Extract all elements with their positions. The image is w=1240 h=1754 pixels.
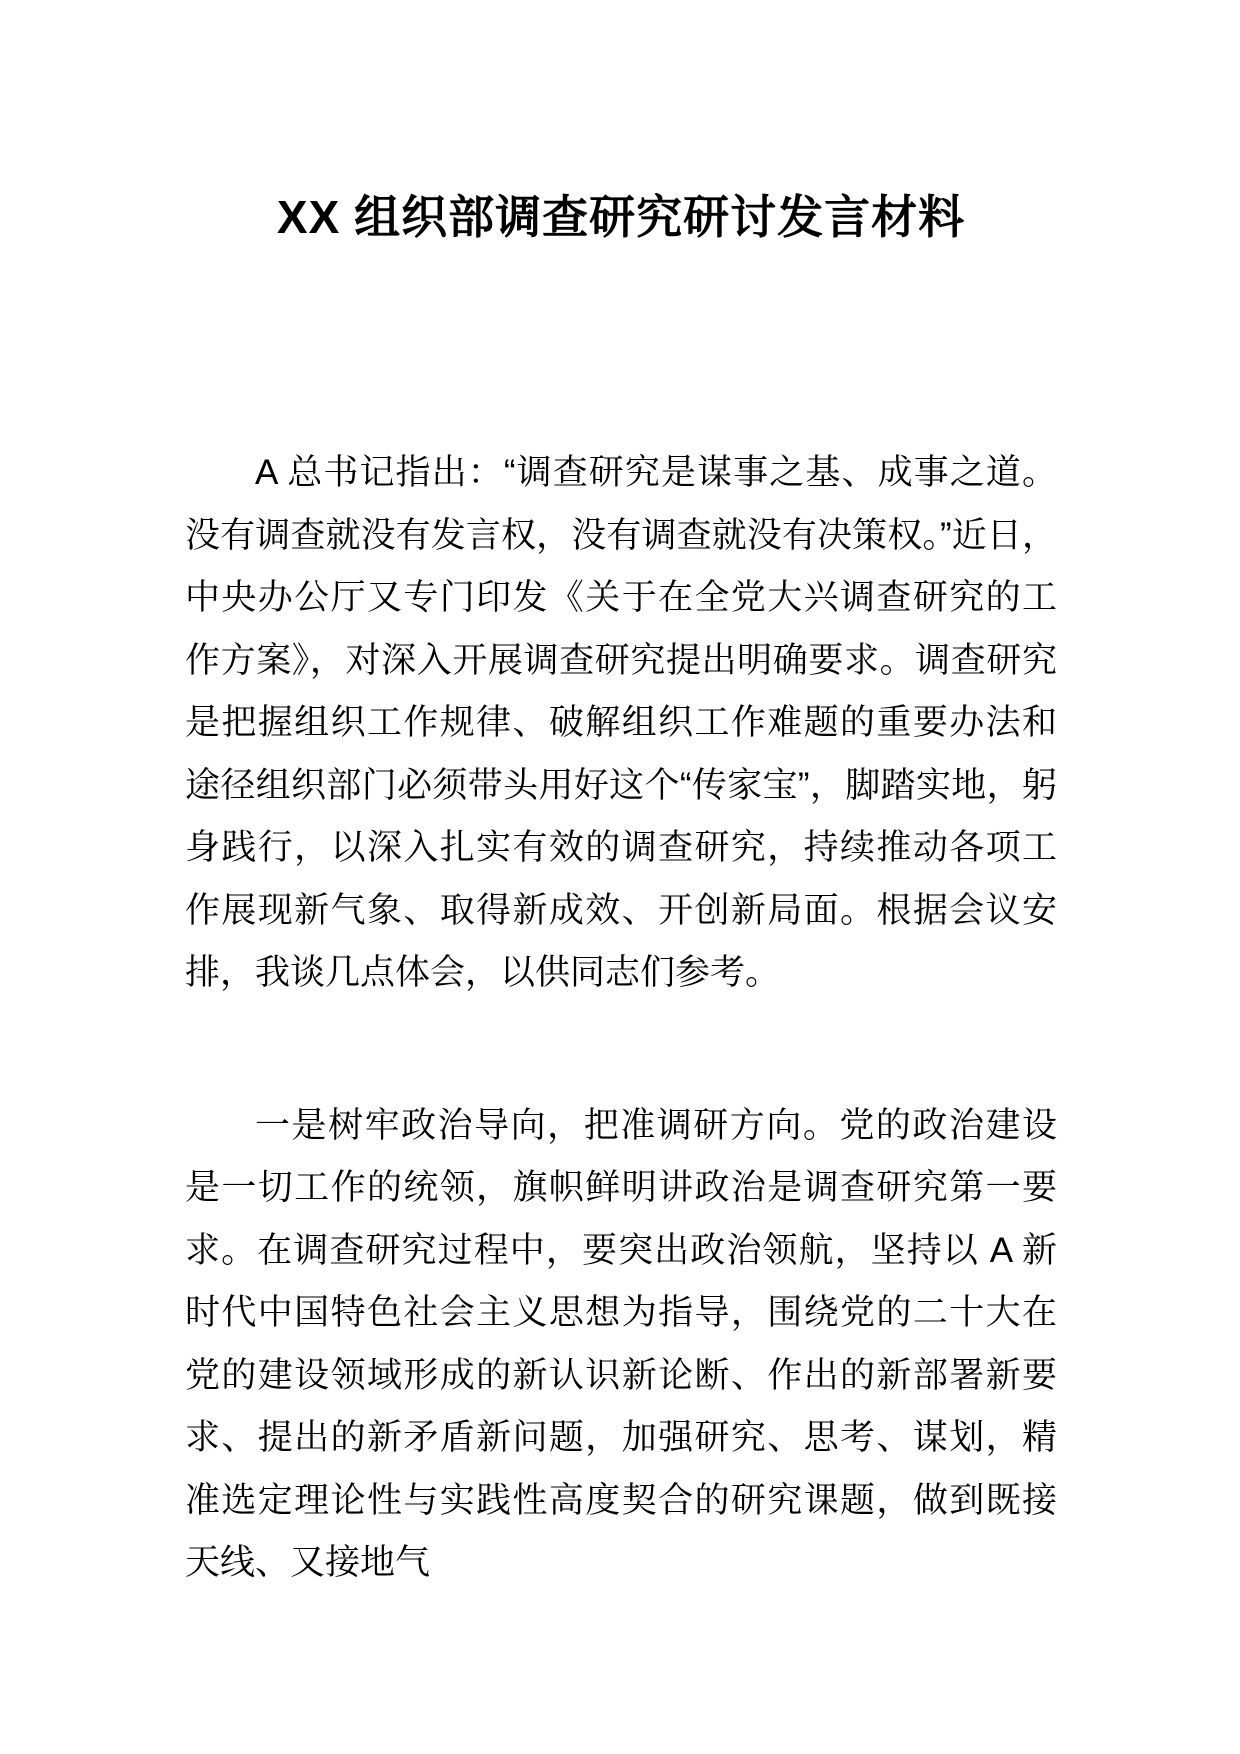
document-content: XX 组织部调查研究研讨发言材料 A 总书记指出：“调查研究是谋事之基、成事之道… [0, 0, 1240, 1754]
document-body: A 总书记指出：“调查研究是谋事之基、成事之道。没有调查就没有发言权，没有调查就… [185, 442, 1057, 1595]
document-page: XX 组织部调查研究研讨发言材料 A 总书记指出：“调查研究是谋事之基、成事之道… [0, 0, 1240, 1754]
paragraph-point-one: 一是树牢政治导向，把准调研方向。党的政治建设是一切工作的统领，旗帜鲜明讲政治是调… [185, 1095, 1057, 1595]
paragraph-intro: A 总书记指出：“调查研究是谋事之基、成事之道。没有调查就没有发言权，没有调查就… [185, 442, 1057, 1005]
document-title: XX 组织部调查研究研讨发言材料 [185, 0, 1057, 246]
